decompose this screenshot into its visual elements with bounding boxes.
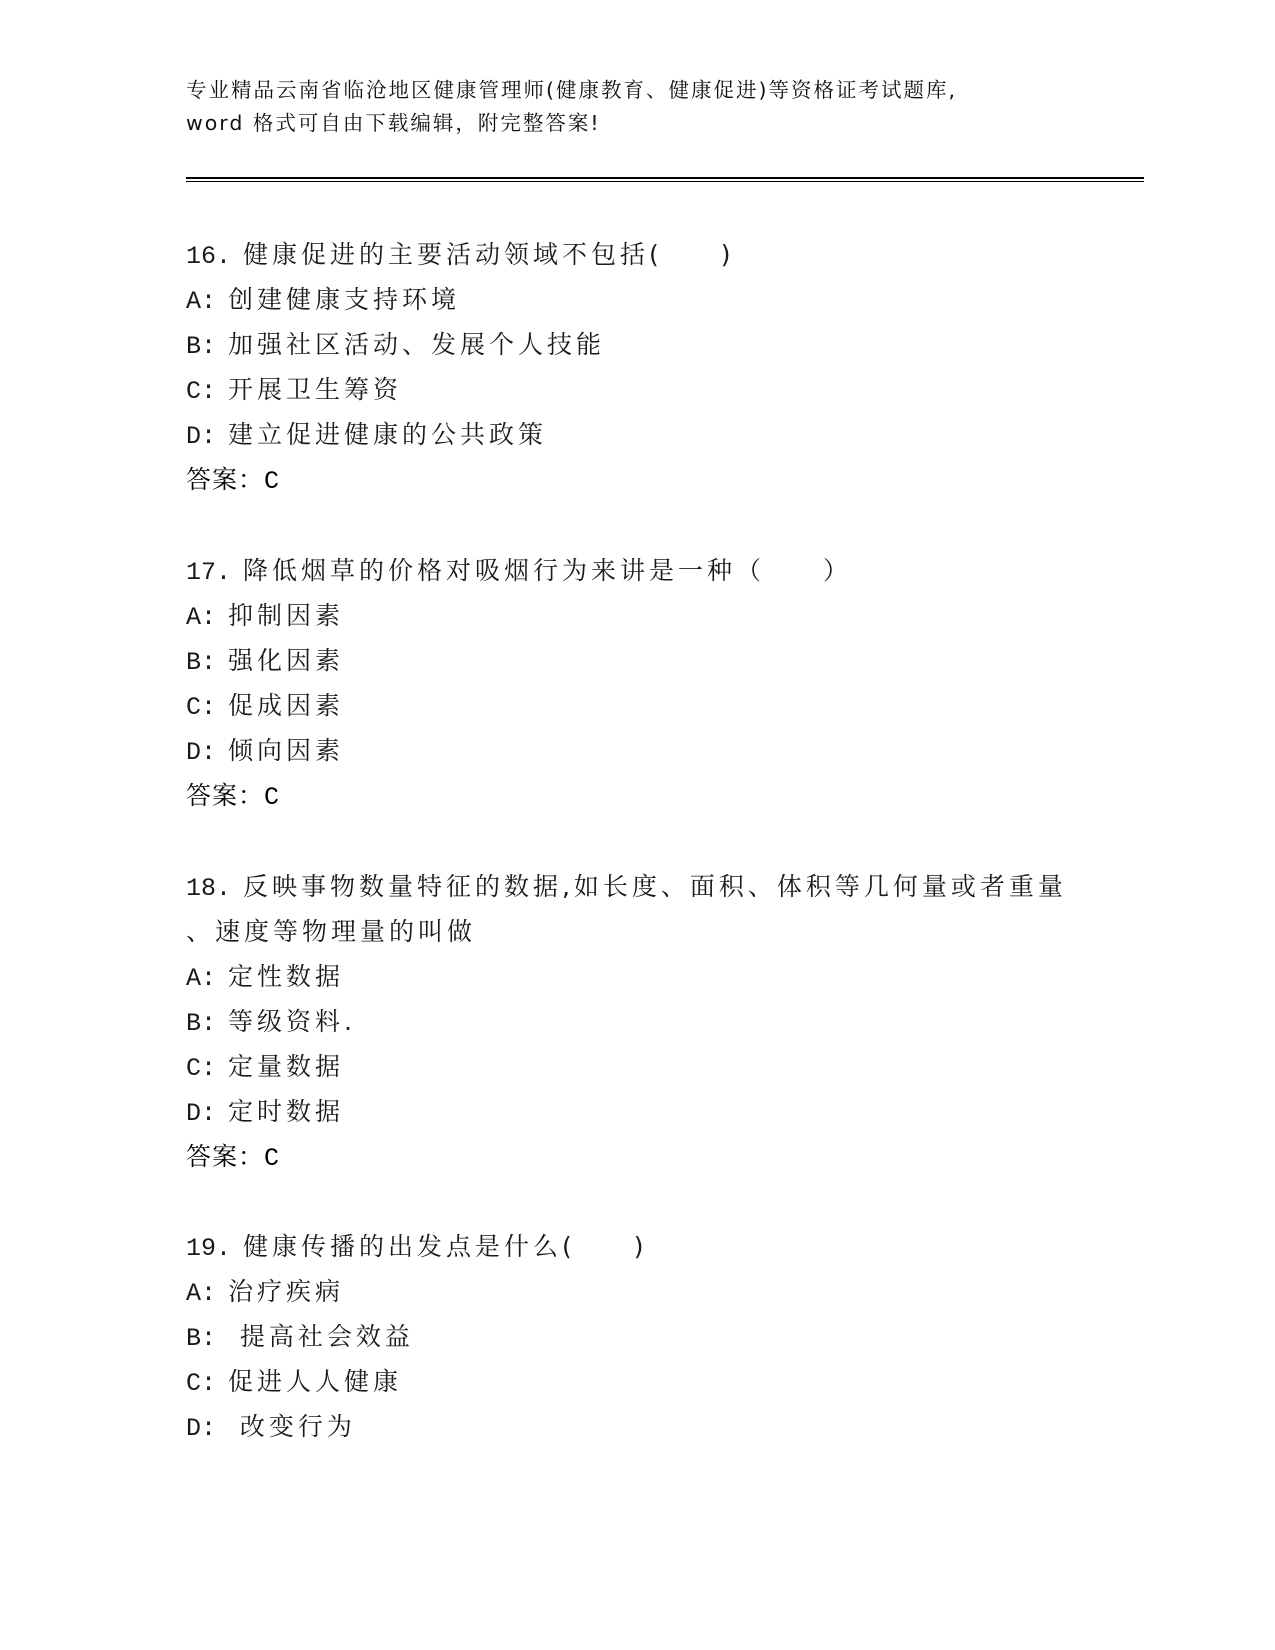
answer: 答案：C [186, 457, 734, 502]
option-a: A: 定性数据 [186, 954, 1067, 999]
option-c: C: 开展卫生筹资 [186, 367, 734, 412]
header-divider-thick [186, 177, 1144, 179]
option-b: B: 提高社会效益 [186, 1314, 647, 1359]
question-stem: 19. 健康传播的出发点是什么( ) [186, 1224, 647, 1269]
question-stem: 17. 降低烟草的价格对吸烟行为来讲是一种（ ） [186, 548, 852, 593]
option-c: C: 促成因素 [186, 683, 852, 728]
answer: 答案：C [186, 773, 852, 818]
question-number: 16. [186, 242, 231, 271]
header-line-2: word 格式可自由下载编辑，附完整答案! [186, 107, 957, 140]
option-a: A: 抑制因素 [186, 593, 852, 638]
question-number: 17. [186, 558, 231, 587]
question-17: 17. 降低烟草的价格对吸烟行为来讲是一种（ ） A: 抑制因素 B: 强化因素… [186, 548, 852, 818]
option-d: D: 建立促进健康的公共政策 [186, 412, 734, 457]
option-d: D: 倾向因素 [186, 728, 852, 773]
question-text: 健康传播的出发点是什么( ) [243, 1232, 648, 1261]
question-18: 18. 反映事物数量特征的数据,如长度、面积、体积等几何量或者重量 、速度等物理… [186, 864, 1067, 1179]
question-16: 16. 健康促进的主要活动领域不包括( ) A: 创建健康支持环境 B: 加强社… [186, 232, 734, 502]
option-d: D: 改变行为 [186, 1404, 647, 1449]
answer-value: C [264, 783, 280, 812]
question-19: 19. 健康传播的出发点是什么( ) A: 治疗疾病 B: 提高社会效益 C: … [186, 1224, 647, 1449]
option-c: C: 促进人人健康 [186, 1359, 647, 1404]
answer: 答案：C [186, 1134, 1067, 1179]
question-text: 健康促进的主要活动领域不包括( ) [243, 240, 735, 269]
question-number: 18. [186, 874, 231, 903]
option-a: A: 创建健康支持环境 [186, 277, 734, 322]
question-stem: 18. 反映事物数量特征的数据,如长度、面积、体积等几何量或者重量 [186, 864, 1067, 909]
answer-value: C [264, 467, 280, 496]
answer-value: C [264, 1144, 280, 1173]
header-divider-thin [186, 181, 1144, 182]
header-line-1: 专业精品云南省临沧地区健康管理师(健康教育、健康促进)等资格证考试题库, [186, 74, 957, 107]
option-c: C: 定量数据 [186, 1044, 1067, 1089]
question-text: 反映事物数量特征的数据,如长度、面积、体积等几何量或者重量 [243, 872, 1067, 901]
option-b: B: 强化因素 [186, 638, 852, 683]
option-b: B: 等级资料. [186, 999, 1067, 1044]
option-a: A: 治疗疾病 [186, 1269, 647, 1314]
question-stem: 16. 健康促进的主要活动领域不包括( ) [186, 232, 734, 277]
question-number: 19. [186, 1234, 231, 1263]
document-header: 专业精品云南省临沧地区健康管理师(健康教育、健康促进)等资格证考试题库, wor… [186, 74, 957, 140]
option-d: D: 定时数据 [186, 1089, 1067, 1134]
option-b: B: 加强社区活动、发展个人技能 [186, 322, 734, 367]
question-text: 降低烟草的价格对吸烟行为来讲是一种（ ） [243, 556, 852, 585]
question-stem-continued: 、速度等物理量的叫做 [186, 909, 1067, 954]
